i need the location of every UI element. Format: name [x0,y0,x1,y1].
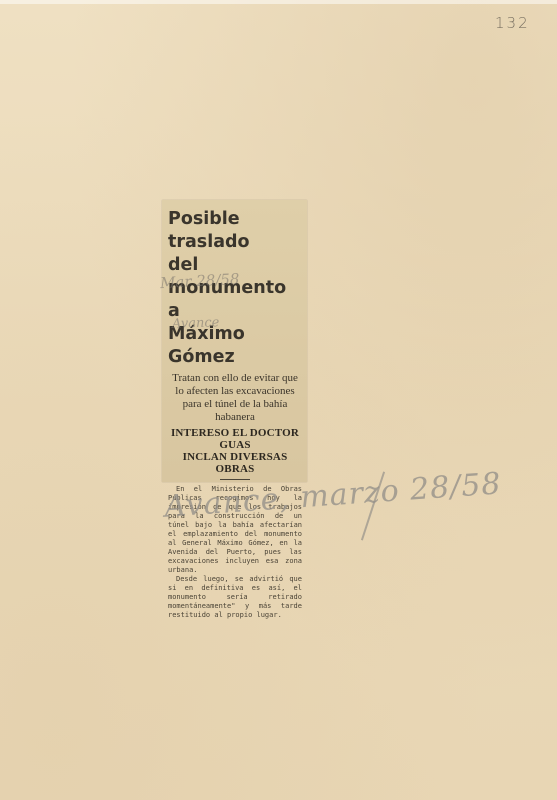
newspaper-clipping: Posible traslado del monumento a Máximo … [162,200,307,482]
bold-heading-line-2: INCLAN DIVERSAS OBRAS [168,451,302,475]
body-paragraph-2: Desde luego, se advirtió que si en defin… [168,575,302,620]
bold-heading-line-1: INTERESO EL DOCTOR GUAS [168,427,302,451]
clipping-subheadline: Tratan con ello de evitar que lo afecten… [168,372,302,424]
pencil-annotation-source: Avance [172,315,220,332]
divider-rule [220,479,250,480]
page-number: 132 [495,14,530,32]
clipping-bold-heading: INTERESO EL DOCTOR GUAS INCLAN DIVERSAS … [168,427,302,475]
page-top-edge [0,0,557,4]
headline-line-1: Posible traslado [168,208,302,254]
